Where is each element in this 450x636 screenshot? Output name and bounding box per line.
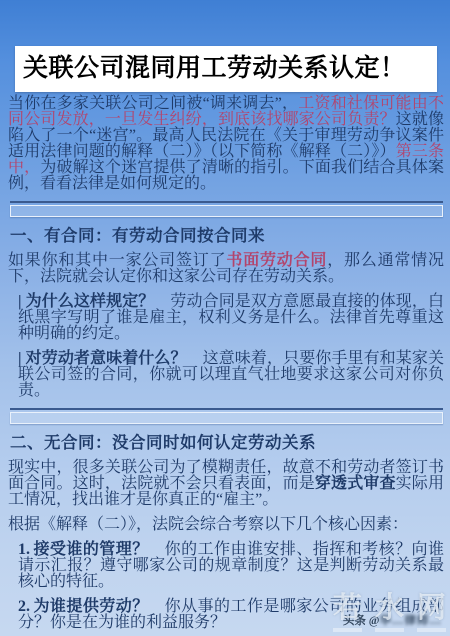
quote-bar: | — [18, 293, 22, 310]
title-bar: 关联公司混同用工劳动关系认定！ — [15, 46, 437, 92]
factor-number: 2. — [18, 598, 30, 615]
page-title: 关联公司混同用工劳动关系认定！ — [23, 53, 433, 83]
section1-heading: 一、有合同：有劳动合同按合同来 — [10, 227, 444, 245]
watermark-logo: 若水网 — [320, 585, 446, 632]
divider-bar — [10, 412, 443, 424]
qa-question: 对劳动者意味着什么？ — [26, 350, 187, 367]
intro-text-3: 为破解这个迷宫提供了清晰的指引。下面我们结合具体案例，看看法律是如何规定的。 — [8, 159, 444, 192]
section2-bold-term: 穿透式审查 — [315, 475, 396, 492]
factor-question: 为谁提供劳动？ — [33, 598, 149, 615]
watermark-char: 网 — [417, 585, 446, 632]
qa-item-why: |为什么这样规定？劳动合同是双方意愿最直接的体现，白纸黑字写明了谁是雇主，权利义… — [8, 294, 444, 342]
divider-bar — [10, 205, 443, 217]
footer-watermark-area: 头条 @华…律师… 若水网 — [230, 588, 450, 636]
section1-paragraph: 如果你和其中一家公司签订了书面劳动合同，那么通常情况下，法院就会认定你和这家公司… — [8, 253, 444, 285]
section-divider — [10, 201, 443, 217]
section1-highlight: 书面劳动合同 — [226, 252, 327, 269]
watermark-char: 水 — [375, 585, 404, 632]
watermark-char: 若 — [333, 585, 362, 632]
article-body: 当你在多家关联公司之间被“调来调去”，工资和社保可能由不同公司发放，一旦发生纠纷… — [0, 96, 450, 631]
section2-paragraph-1: 现实中，很多关联公司为了模糊责任，故意不和劳动者签订书面合同。这时，法院就不会只… — [8, 460, 444, 508]
factor-number: 1. — [18, 541, 30, 558]
article-image: 关联公司混同用工劳动关系认定！ 当你在多家关联公司之间被“调来调去”，工资和社保… — [0, 0, 450, 636]
section1-text-1: 如果你和其中一家公司签订了 — [8, 252, 226, 269]
quote-bar: | — [18, 350, 22, 367]
factor-question: 接受谁的管理？ — [33, 541, 149, 558]
section2-paragraph-2: 根据《解释（二）》，法院会综合考察以下几个核心因素： — [8, 517, 444, 533]
section-divider — [10, 408, 443, 424]
factor-item-1: 1.接受谁的管理？你的工作由谁安排、指挥和考核？向谁请示汇报？遵守哪家公司的规章… — [8, 542, 444, 590]
intro-paragraph: 当你在多家关联公司之间被“调来调去”，工资和社保可能由不同公司发放，一旦发生纠纷… — [8, 96, 444, 192]
qa-question: 为什么这样规定？ — [26, 293, 155, 310]
section2-heading: 二、无合同：没合同时如何认定劳动关系 — [10, 434, 444, 452]
qa-item-meaning: |对劳动者意味着什么？这意味着，只要你手里有和某家关联公司签的合同，你就可以理直… — [8, 351, 444, 399]
intro-text-1: 当你在多家关联公司之间被“调来调去”， — [8, 95, 298, 112]
